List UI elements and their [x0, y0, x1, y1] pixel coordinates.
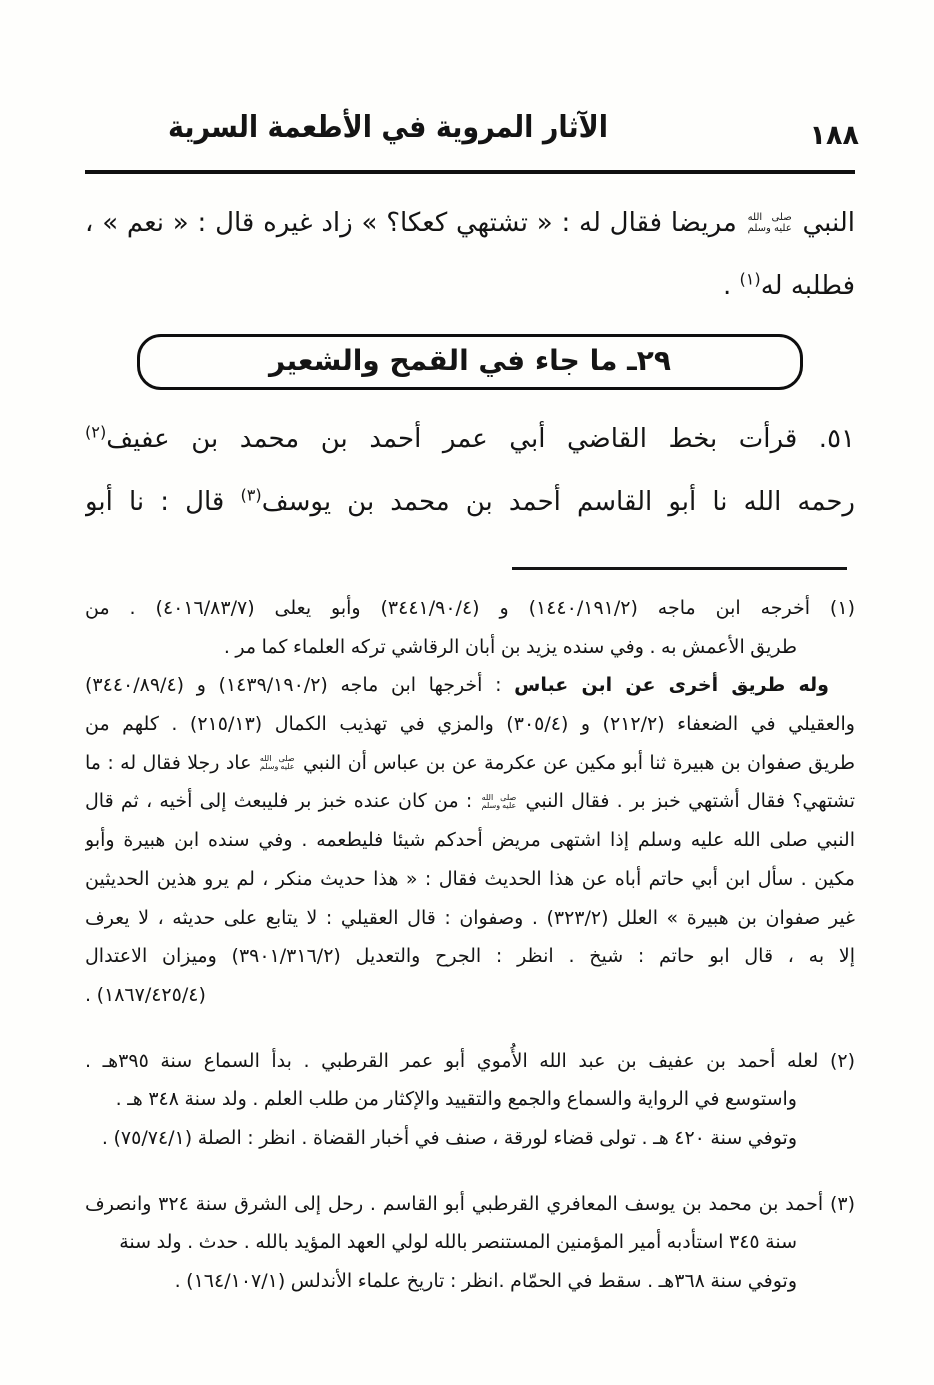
- text-run: (١) أخرجه ابن ماجه (١٤٤٠/١٩١/٢) و (٣٤٤١/…: [85, 597, 855, 619]
- text-run: : من كان عنده خبز بر فليبعث إلى أخيه ، ث…: [85, 790, 480, 812]
- text-run: .: [723, 271, 740, 301]
- text-line: النبي صلى اللهعليه وسلم مريضا فقال له : …: [85, 192, 855, 255]
- text-line: تشتهي؟ فقال أشتهي خبز بر . فقال النبي صل…: [85, 782, 855, 821]
- text-run: رحمه الله نا أبو القاسم أحمد بن محمد بن …: [262, 487, 855, 517]
- text-run: غير صفوان بن هبيرة » العلل (٣٢٣/٢) . وصف…: [85, 907, 855, 929]
- bold-text-run: وله طريق أخرى عن ابن عباس: [514, 674, 829, 696]
- text-line: وتوفي سنة ٤٢٠ هـ . تولى قضاء لورقة ، صنف…: [85, 1119, 797, 1158]
- text-line: ٥١. قرأت بخط القاضي أبي عمر أحمد بن محمد…: [85, 408, 855, 471]
- chapter-heading-title: ٢٩ـ ما جاء في القمح والشعير: [269, 344, 671, 377]
- footnote-ref-marker: (١): [739, 269, 760, 288]
- text-line: مكين . سأل ابن أبي حاتم أباه عن هذا الحد…: [85, 860, 855, 899]
- text-line: وتوفي سنة ٣٦٨هـ . سقط في الحمّام .انظر :…: [85, 1262, 797, 1301]
- text-run: النبي: [794, 208, 855, 238]
- text-run: والعقيلي في الضعفاء (٢١٢/٢) و (٣٠٥/٤) وا…: [85, 713, 855, 735]
- page-number: ١٨٨: [810, 120, 859, 151]
- footnotes-section: (١) أخرجه ابن ماجه (١٤٤٠/١٩١/٢) و (٣٤٤١/…: [85, 589, 855, 1301]
- text-run: فطلبه له: [761, 271, 855, 301]
- text-line: طريق الأعمش به . وفي سنده يزيد بن أبان ا…: [85, 628, 797, 667]
- text-line: سنة ٣٤٥ استأدبه أمير المؤمنين المستنصر ب…: [85, 1223, 797, 1262]
- text-line: غير صفوان بن هبيرة » العلل (٣٢٣/٢) . وصف…: [85, 899, 855, 938]
- text-run: وتوفي سنة ٣٦٨هـ . سقط في الحمّام .انظر :…: [175, 1270, 797, 1292]
- salawat-mark: صلى اللهعليه وسلم: [260, 755, 295, 772]
- text-line: (١) أخرجه ابن ماجه (١٤٤٠/١٩١/٢) و (٣٤٤١/…: [85, 589, 855, 628]
- text-run: طريق صفوان بن هبيرة ثنا أبو مكين عن عكرم…: [297, 752, 855, 774]
- footnote-ref-marker: (٣): [240, 485, 261, 504]
- text-run: واستوسع في الرواية والسماع والجمع والتقي…: [116, 1088, 797, 1110]
- text-run: : أخرجها ابن ماجه (١٤٣٩/١٩٠/٢) و (٣٤٤٠/٨…: [85, 674, 514, 696]
- text-run: وتوفي سنة ٤٢٠ هـ . تولى قضاء لورقة ، صنف…: [102, 1127, 797, 1149]
- salawat-mark: صلى اللهعليه وسلم: [748, 213, 792, 234]
- page-header: الآثار المروية في الأطعمة السرية ١٨٨: [85, 106, 855, 168]
- text-line: طريق صفوان بن هبيرة ثنا أبو مكين عن عكرم…: [85, 744, 855, 783]
- footnote: (٣) أحمد بن محمد بن يوسف المعافري القرطب…: [85, 1185, 855, 1301]
- footnote-ref-marker: (٢): [85, 422, 106, 441]
- text-line: وله طريق أخرى عن ابن عباس : أخرجها ابن م…: [85, 666, 829, 705]
- text-run: ٥١. قرأت بخط القاضي أبي عمر أحمد بن محمد…: [106, 424, 855, 454]
- page-body: النبي صلى اللهعليه وسلم مريضا فقال له : …: [85, 192, 855, 534]
- text-line: إلا به ، قال ابو حاتم : شيخ . انظر : الج…: [85, 937, 855, 976]
- text-run: عاد رجلا فقال له : ما: [85, 752, 258, 774]
- text-run: (٣) أحمد بن محمد بن يوسف المعافري القرطب…: [85, 1193, 855, 1224]
- hadith-51-paragraph: ٥١. قرأت بخط القاضي أبي عمر أحمد بن محمد…: [85, 408, 855, 534]
- hadith-50-continuation-paragraph: النبي صلى اللهعليه وسلم مريضا فقال له : …: [85, 192, 855, 318]
- text-run: إلا به ، قال ابو حاتم : شيخ . انظر : الج…: [85, 945, 855, 967]
- text-line: (٣) أحمد بن محمد بن يوسف المعافري القرطب…: [85, 1185, 855, 1224]
- text-run: (٢) لعله أحمد بن عفيف بن عبد الله الأُمو…: [85, 1050, 855, 1072]
- text-run: تشتهي؟ فقال أشتهي خبز بر . فقال النبي: [518, 790, 855, 812]
- header-rule: [85, 170, 855, 174]
- text-line: (١٨٦٧/٤٢٥/٤) .: [85, 976, 855, 1015]
- text-line: رحمه الله نا أبو القاسم أحمد بن محمد بن …: [85, 471, 855, 534]
- text-run: سنة ٣٤٥ استأدبه أمير المؤمنين المستنصر ب…: [119, 1231, 797, 1262]
- text-line: والعقيلي في الضعفاء (٢١٢/٢) و (٣٠٥/٤) وا…: [85, 705, 855, 744]
- text-run: طريق الأعمش به . وفي سنده يزيد بن أبان ا…: [224, 636, 797, 658]
- text-run: مريضا فقال له : « تشتهي كعكا؟ » زاد غيره…: [85, 208, 746, 238]
- text-line: (٢) لعله أحمد بن عفيف بن عبد الله الأُمو…: [85, 1042, 855, 1081]
- text-line: واستوسع في الرواية والسماع والجمع والتقي…: [85, 1080, 797, 1119]
- text-run: (١٨٦٧/٤٢٥/٤) .: [85, 984, 206, 1006]
- chapter-heading-box: ٢٩ـ ما جاء في القمح والشعير: [137, 334, 803, 390]
- book-page: الآثار المروية في الأطعمة السرية ١٨٨ الن…: [0, 0, 934, 1385]
- text-line: فطلبه له(١) .: [85, 255, 855, 318]
- text-line: النبي صلى الله عليه وسلم إذا اشتهى مريض …: [85, 821, 855, 860]
- salawat-mark: صلى اللهعليه وسلم: [482, 794, 517, 811]
- text-run: النبي صلى الله عليه وسلم إذا اشتهى مريض …: [85, 829, 855, 851]
- footnote: (١) أخرجه ابن ماجه (١٤٤٠/١٩١/٢) و (٣٤٤١/…: [85, 589, 855, 1015]
- text-run: مكين . سأل ابن أبي حاتم أباه عن هذا الحد…: [85, 868, 855, 890]
- footnote: (٢) لعله أحمد بن عفيف بن عبد الله الأُمو…: [85, 1042, 855, 1158]
- text-run: قال : نا أبو: [85, 487, 240, 517]
- book-title-calligraphy: الآثار المروية في الأطعمة السرية: [168, 110, 608, 145]
- footnote-separator: [512, 567, 847, 570]
